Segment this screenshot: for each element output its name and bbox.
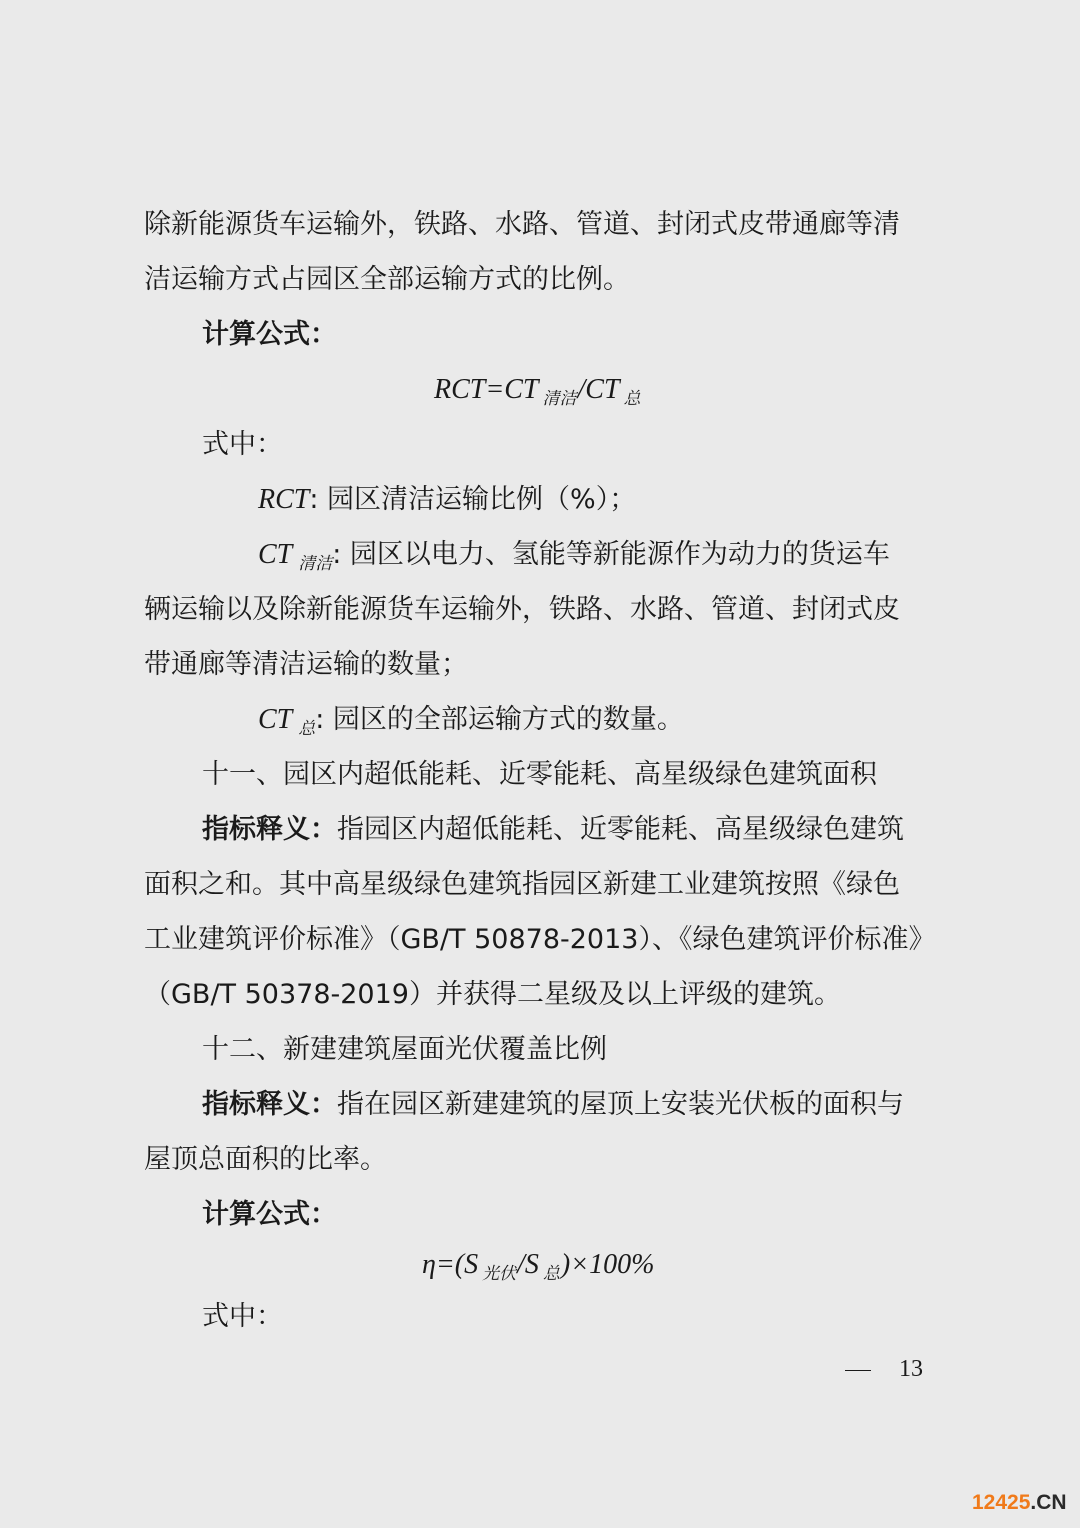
formula-eta: η=(S光伏/S总)×100% [422,1245,654,1294]
section12-definition: 指标释义：指在园区新建建筑的屋顶上安装光伏板的面积与 [202,1085,904,1125]
definition-label: 指标释义： [202,1089,337,1120]
watermark-number: 12425 [972,1491,1030,1514]
paragraph-line: 工业建筑评价标准》（GB/T 50878-2013）、《绿色建筑评价标准》 [144,920,935,960]
definition-text: 指在园区新建建筑的屋顶上安装光伏板的面积与 [337,1089,904,1120]
definition-rct: RCT: 园区清洁运输比例（%）； [258,480,636,520]
definition-subscript: 清洁 [298,554,332,574]
formula-rct: RCT=CT清洁/CT总 [434,370,642,419]
section11-definition: 指标释义：指园区内超低能耗、近零能耗、高星级绿色建筑 [202,810,904,850]
definition-ct-total: CT总: 园区的全部运输方式的数量。 [258,700,684,749]
definition-variable: RCT [258,484,309,515]
definition-variable: CT [258,704,292,735]
formula-subscript: 光伏 [482,1264,516,1284]
formula-mid: /S [517,1249,539,1280]
paragraph-line: 洁运输方式占园区全部运输方式的比例。 [144,260,630,300]
formula-mid: /CT [578,374,620,405]
definition-text: : 园区以电力、氢能等新能源作为动力的货运车 [332,539,890,570]
formula-tail: )×100% [561,1249,655,1280]
where-label: 式中： [202,425,283,465]
formula-label: 计算公式： [202,1195,337,1235]
page-number-value: 13 [899,1356,923,1382]
page-number-dash [845,1370,871,1371]
definition-subscript: 总 [298,719,315,739]
watermark-logo: 12425.CN [972,1490,1067,1516]
definition-text: 指园区内超低能耗、近零能耗、高星级绿色建筑 [337,814,904,845]
section-heading-12: 十二、新建建筑屋面光伏覆盖比例 [202,1030,607,1070]
formula-label: 计算公式： [202,315,337,355]
formula-subscript: 总 [624,389,641,409]
page-number: 13 [845,1352,923,1386]
watermark-tld: .CN [1030,1491,1066,1514]
definition-label: 指标释义： [202,814,337,845]
formula-lhs: RCT=CT [434,374,539,405]
definition-continuation: 带通廊等清洁运输的数量； [144,645,468,685]
paragraph-line: 面积之和。其中高星级绿色建筑指园区新建工业建筑按照《绿色 [144,865,900,905]
definition-ct-clean: CT清洁: 园区以电力、氢能等新能源作为动力的货运车 [258,535,890,584]
definition-text: : 园区清洁运输比例（%）； [309,484,636,515]
where-label: 式中： [202,1297,283,1337]
definition-continuation: 辆运输以及除新能源货车运输外，铁路、水路、管道、封闭式皮 [144,590,900,630]
formula-subscript: 清洁 [543,389,577,409]
formula-subscript: 总 [543,1264,560,1284]
section-heading-11: 十一、园区内超低能耗、近零能耗、高星级绿色建筑面积 [202,755,877,795]
formula-lhs: η=(S [422,1249,478,1280]
paragraph-line: （GB/T 50378-2019）并获得二星级及以上评级的建筑。 [144,975,841,1015]
paragraph-line: 除新能源货车运输外，铁路、水路、管道、封闭式皮带通廊等清 [144,205,900,245]
definition-text: : 园区的全部运输方式的数量。 [315,704,684,735]
paragraph-line: 屋顶总面积的比率。 [144,1140,387,1180]
definition-variable: CT [258,539,292,570]
document-page: 除新能源货车运输外，铁路、水路、管道、封闭式皮带通廊等清 洁运输方式占园区全部运… [0,0,1080,1528]
